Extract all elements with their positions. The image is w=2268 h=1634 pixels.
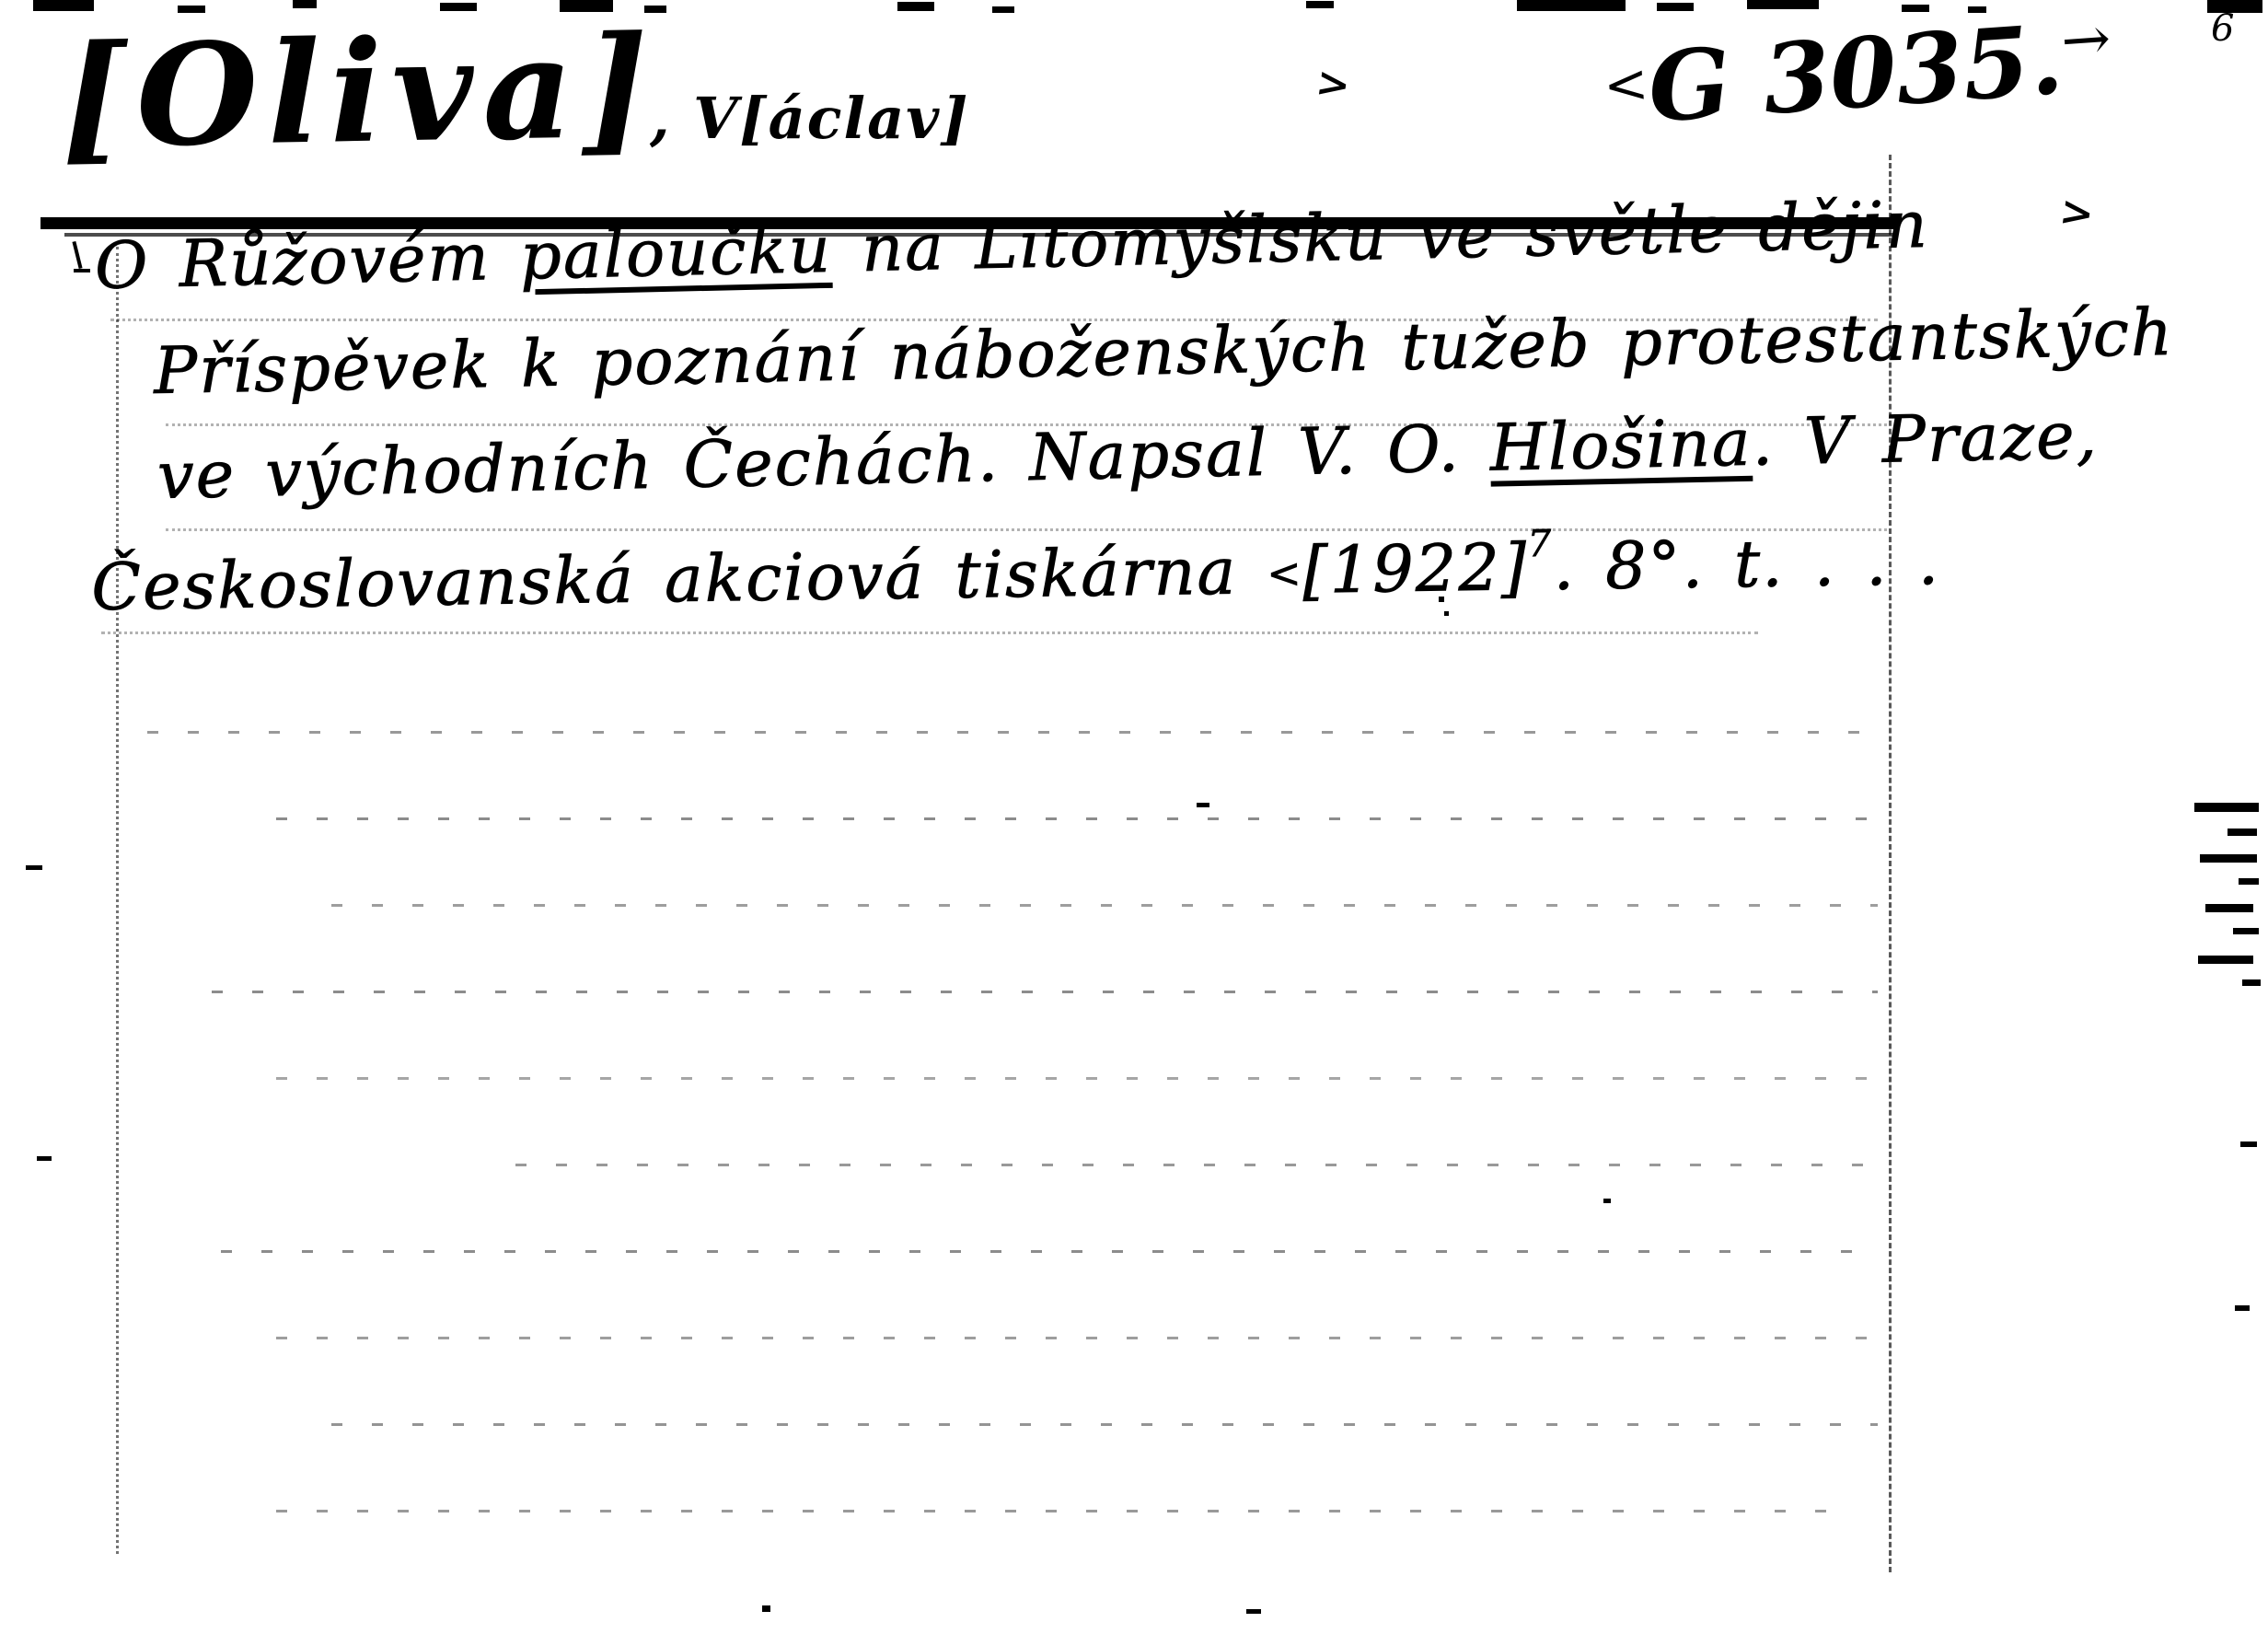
entry-line-imprint: Českoslovanská akciová tiskárna <[1922]7… [91, 517, 1941, 625]
author-forename: , V[áclav] [650, 85, 970, 152]
scan-noise [2239, 878, 2259, 885]
ruled-line [331, 1423, 1878, 1426]
scan-noise [1517, 0, 1626, 11]
underlined-word: paloučku [519, 212, 833, 295]
scan-noise [2235, 1305, 2250, 1311]
scan-noise [2205, 904, 2253, 912]
margin-tick [72, 241, 82, 269]
insertion-mark: < [1267, 550, 1303, 598]
underlined-word: Hlošina [1489, 405, 1753, 486]
insertion-mark-left: < [1602, 52, 1650, 117]
ruled-line [276, 1337, 1878, 1339]
scan-noise [1306, 1, 1334, 8]
entry-text: Příspěvek k poznání náboženských tužeb p… [153, 295, 2174, 409]
scan-noise [897, 2, 934, 11]
entry-line-title: O Růžovém paloučku na Litomyšlsku ve svě… [94, 187, 1929, 304]
arrow-mark: → [2059, 5, 2113, 76]
ruled-line [147, 731, 1878, 734]
entry-text: . 8°. t. . . . [1553, 524, 1941, 605]
entry-line-author-place: ve východních Čechách. Napsal V. O. Hloš… [156, 398, 2099, 514]
entry-text: na Litomyšlsku ve světle dějin [831, 187, 1930, 287]
ruled-guideline [166, 423, 1887, 426]
scan-noise [33, 0, 94, 11]
scan-noise [2200, 854, 2257, 863]
scan-noise [1439, 597, 1444, 602]
scan-noise [37, 1156, 52, 1161]
scan-noise [1747, 0, 1819, 9]
ruled-guideline [101, 632, 1758, 634]
ruled-line [515, 1164, 1878, 1166]
entry-text: O Růžovém [94, 219, 521, 304]
entry-text: . V Praze, [1752, 398, 2100, 481]
check-mark: > [2057, 188, 2098, 239]
entry-text: Českoslovanská akciová tiskárna [91, 533, 1267, 625]
scan-noise [2242, 979, 2261, 986]
scan-noise [26, 865, 42, 870]
ruled-guideline [166, 528, 1887, 531]
corner-mark: 6 [2211, 7, 2234, 50]
scan-noise [2198, 956, 2253, 964]
scan-noise [992, 6, 1014, 13]
ruled-line [331, 904, 1878, 907]
scan-noise [1444, 611, 1449, 616]
ruled-guideline [110, 319, 1878, 321]
catalog-card-scan: 6 [Oliva] , V[áclav] <G 3035.→ > > O Růž… [0, 0, 2268, 1634]
entry-line-subtitle: Příspěvek k poznání náboženských tužeb p… [153, 295, 2174, 409]
left-margin-line [116, 247, 119, 1554]
check-mark: > [1313, 59, 1354, 110]
ruled-line [276, 817, 1878, 820]
ruled-line [212, 991, 1878, 993]
ruled-line [221, 1250, 1878, 1253]
scan-noise [762, 1605, 770, 1612]
call-number-value: G 3035. [1645, 3, 2066, 145]
scan-noise [2240, 1141, 2257, 1147]
entry-year: [1922] [1302, 529, 1529, 608]
scan-noise [1246, 1609, 1261, 1614]
ruled-line [276, 1077, 1878, 1080]
scan-noise [293, 0, 317, 8]
scan-noise [1657, 3, 1694, 11]
scan-noise [1197, 803, 1209, 807]
ruled-line [276, 1510, 1832, 1512]
scan-noise [2227, 829, 2257, 836]
call-number: <G 3035.→ [1600, 0, 2115, 147]
margin-tick [74, 269, 90, 272]
scan-noise [2194, 803, 2259, 812]
scan-noise [2233, 928, 2259, 934]
scan-noise [1603, 1199, 1611, 1203]
author-surname: [Oliva] [59, 4, 659, 179]
